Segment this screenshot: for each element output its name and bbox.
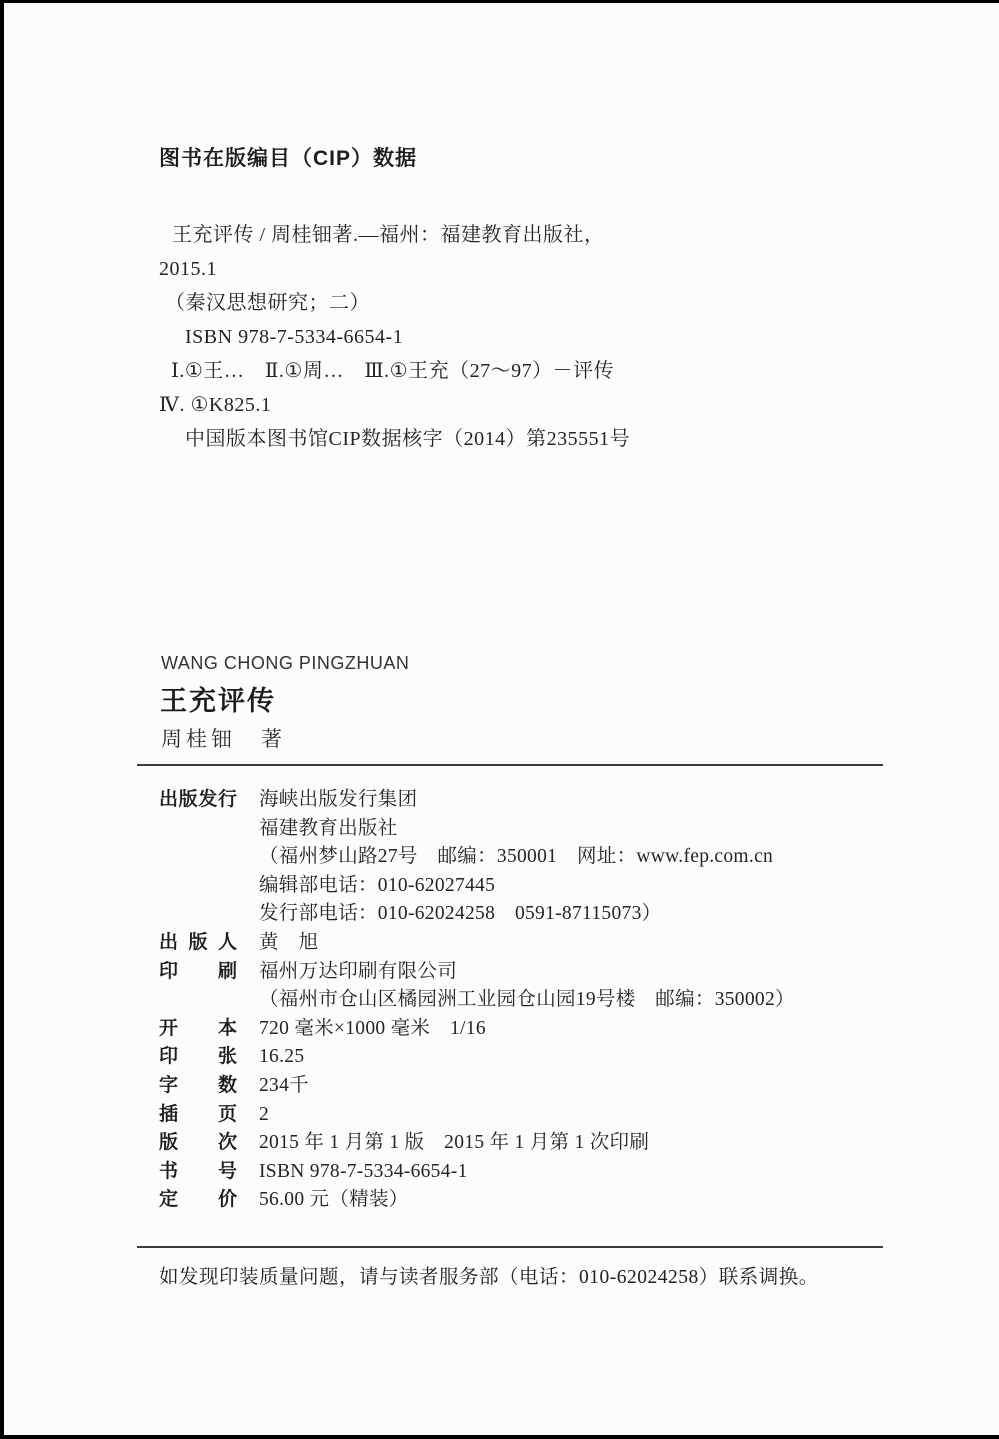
colophon-row: 开本720 毫米×1000 毫米 1/16	[159, 1015, 939, 1044]
colophon-label: 插页	[159, 1101, 237, 1130]
colophon-row: （福州市仓山区橘园洲工业园仓山园19号楼 邮编：350002）	[159, 986, 939, 1015]
colophon-row: 版次2015 年 1 月第 1 版 2015 年 1 月第 1 次印刷	[159, 1129, 939, 1158]
book-copyright-page: 图书在版编目（CIP）数据 王充评传 / 周桂钿著.—福州：福建教育出版社， 2…	[0, 0, 999, 1439]
colophon-label: 书号	[159, 1158, 237, 1187]
cip-line: ISBN 978-7-5334-6654-1	[159, 320, 919, 354]
colophon-row: 编辑部电话：010-62027445	[159, 872, 939, 901]
colophon-value: 编辑部电话：010-62027445	[259, 872, 495, 901]
cip-line: 王充评传 / 周桂钿著.—福州：福建教育出版社，	[159, 218, 919, 252]
colophon-value: （福州市仓山区橘园洲工业园仓山园19号楼 邮编：350002）	[259, 986, 795, 1015]
cip-heading: 图书在版编目（CIP）数据	[159, 146, 919, 172]
colophon-value: 福建教育出版社	[259, 815, 398, 844]
colophon-label: 印张	[159, 1043, 237, 1072]
colophon-row: 印张16.25	[159, 1043, 939, 1072]
colophon-value: 2015 年 1 月第 1 版 2015 年 1 月第 1 次印刷	[259, 1129, 649, 1158]
quality-notice: 如发现印装质量问题，请与读者服务部（电话：010-62024258）联系调换。	[159, 1261, 879, 1289]
colophon-value: 720 毫米×1000 毫米 1/16	[259, 1015, 486, 1044]
colophon-row: 印刷福州万达印刷有限公司	[159, 958, 939, 987]
colophon-label: 出版发行	[159, 786, 237, 815]
colophon-label: 字数	[159, 1072, 237, 1101]
colophon-row: 书号ISBN 978-7-5334-6654-1	[159, 1158, 939, 1187]
colophon-table: 出版发行海峡出版发行集团 福建教育出版社 （福州梦山路27号 邮编：350001…	[159, 786, 939, 1215]
colophon-value: 56.00 元（精装）	[259, 1186, 409, 1215]
romanized-title: WANG CHONG PINGZHUAN	[161, 653, 409, 674]
colophon-label: 印刷	[159, 958, 237, 987]
cip-line: 中国版本图书馆CIP数据核字（2014）第235551号	[159, 422, 919, 456]
colophon-label: 版次	[159, 1129, 237, 1158]
divider-rule-bottom	[137, 1246, 883, 1248]
colophon-value: 福州万达印刷有限公司	[259, 958, 457, 987]
colophon-row: 出版人黄 旭	[159, 929, 939, 958]
cip-line: （秦汉思想研究；二）	[159, 286, 919, 320]
colophon-value: 234千	[259, 1072, 309, 1101]
colophon-value: （福州梦山路27号 邮编：350001 网址：www.fep.com.cn	[259, 843, 773, 872]
colophon-row: （福州梦山路27号 邮编：350001 网址：www.fep.com.cn	[159, 843, 939, 872]
divider-rule-top	[137, 764, 883, 766]
cip-section: 图书在版编目（CIP）数据 王充评传 / 周桂钿著.—福州：福建教育出版社， 2…	[159, 146, 919, 456]
cip-line: Ⅰ.①王… Ⅱ.①周… Ⅲ.①王充（27～97）－评传	[159, 354, 919, 388]
colophon-value: 2	[259, 1101, 269, 1130]
colophon-row: 字数234千	[159, 1072, 939, 1101]
colophon-row: 福建教育出版社	[159, 815, 939, 844]
book-title: 王充评传	[160, 679, 276, 718]
cip-line: 2015.1	[159, 252, 919, 286]
colophon-value: 黄 旭	[259, 929, 318, 958]
colophon-row: 插页2	[159, 1101, 939, 1130]
colophon-value: 海峡出版发行集团	[259, 786, 417, 815]
colophon-value: ISBN 978-7-5334-6654-1	[259, 1158, 468, 1187]
colophon-label: 出版人	[159, 929, 237, 958]
colophon-value: 发行部电话：010-62024258 0591-87115073）	[259, 900, 661, 929]
cip-line: Ⅳ. ①K825.1	[159, 388, 919, 422]
colophon-row: 出版发行海峡出版发行集团	[159, 786, 939, 815]
colophon-row: 发行部电话：010-62024258 0591-87115073）	[159, 900, 939, 929]
colophon-label: 开本	[159, 1015, 237, 1044]
colophon-value: 16.25	[259, 1043, 304, 1072]
colophon-label: 定价	[159, 1186, 237, 1215]
book-author: 周桂钿 著	[161, 723, 286, 753]
colophon-row: 定价56.00 元（精装）	[159, 1186, 939, 1215]
